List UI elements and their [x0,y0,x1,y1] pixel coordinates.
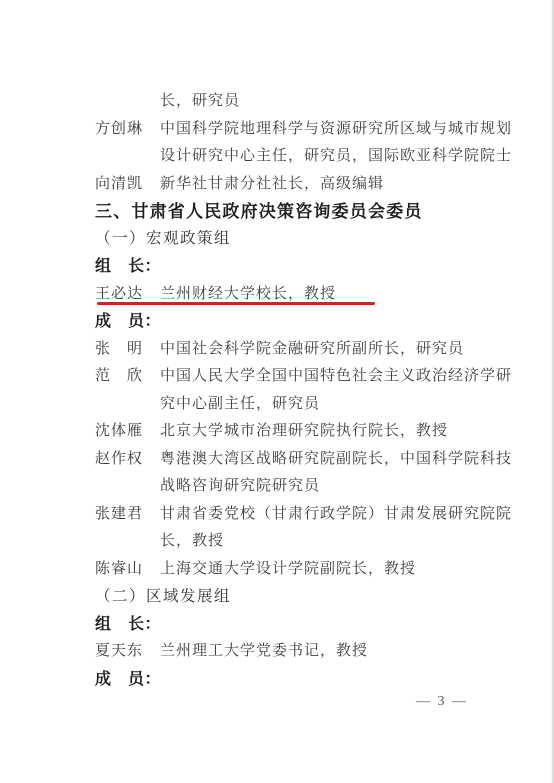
member-entry-continuation: 战略咨询研究院研究员 [95,471,515,499]
leader-label: 组 长： [95,251,515,279]
group-title-1: （一）宏观政策组 [95,224,515,252]
member-desc: 究中心副主任，研究员 [160,392,320,413]
member-name: 赵作权 [95,447,160,468]
member-entry: 方创琳 中国科学院地理科学与资源研究所区域与城市规划 [95,114,515,142]
member-name: 张建君 [95,502,160,523]
document-page: 长，研究员 方创琳 中国科学院地理科学与资源研究所区域与城市规划 设计研究中心主… [0,0,554,783]
member-entry: 张 明 中国社会科学院金融研究所副所长，研究员 [95,334,515,362]
member-desc: 北京大学城市治理研究院执行院长，教授 [160,419,448,440]
member-desc: 中国社会科学院金融研究所副所长，研究员 [160,337,464,358]
members-label: 成 员： [95,306,515,334]
member-entry: 陈睿山 上海交通大学设计学院副院长，教授 [95,554,515,582]
member-desc: 上海交通大学设计学院副院长，教授 [160,557,416,578]
member-desc: 长，教授 [160,529,224,550]
leader-label: 组 长： [95,609,515,637]
page-number: — 3 — [416,694,468,710]
member-entry-continuation: 设计研究中心主任，研究员，国际欧亚科学院院士 [95,141,515,169]
group-title-2: （二）区域发展组 [95,581,515,609]
member-entry-continuation: 究中心副主任，研究员 [95,389,515,417]
member-name: 张 明 [95,337,160,358]
leader-entry: 王必达 兰州财经大学校长，教授 [95,279,515,307]
member-entry: 沈体雁 北京大学城市治理研究院执行院长，教授 [95,416,515,444]
member-entry: 范 欣 中国人民大学全国中国特色社会主义政治经济学研 [95,361,515,389]
member-desc: 中国科学院地理科学与资源研究所区域与城市规划 [160,117,512,138]
member-desc: 新华社甘肃分社社长，高级编辑 [160,172,384,193]
member-desc: 粤港澳大湾区战略研究院副院长，中国科学院科技 [160,447,512,468]
document-content: 长，研究员 方创琳 中国科学院地理科学与资源研究所区域与城市规划 设计研究中心主… [95,86,515,691]
carryover-line: 长，研究员 [95,86,515,114]
member-entry: 向清凯 新华社甘肃分社社长，高级编辑 [95,169,515,197]
member-desc: 战略咨询研究院研究员 [160,474,320,495]
member-entry-continuation: 长，教授 [95,526,515,554]
member-desc: 设计研究中心主任，研究员，国际欧亚科学院院士 [160,144,512,165]
member-name: 向清凯 [95,172,160,193]
member-entry: 赵作权 粤港澳大湾区战略研究院副院长，中国科学院科技 [95,444,515,472]
member-name: 王必达 [95,282,160,303]
section-heading: 三、甘肃省人民政府决策咨询委员会委员 [95,196,515,224]
member-name: 方创琳 [95,117,160,138]
member-name: 陈睿山 [95,557,160,578]
member-name: 夏天东 [95,639,160,660]
red-underline-mark [97,302,375,305]
member-entry: 张建君 甘肃省委党校（甘肃行政学院）甘肃发展研究院院 [95,499,515,527]
member-desc: 甘肃省委党校（甘肃行政学院）甘肃发展研究院院 [160,502,512,523]
member-desc: 中国人民大学全国中国特色社会主义政治经济学研 [160,364,512,385]
member-desc: 长，研究员 [160,89,240,110]
member-name: 沈体雁 [95,419,160,440]
leader-entry: 夏天东 兰州理工大学党委书记，教授 [95,636,515,664]
member-desc: 兰州财经大学校长，教授 [160,282,336,303]
members-label: 成 员： [95,664,515,692]
member-name: 范 欣 [95,364,160,385]
member-desc: 兰州理工大学党委书记，教授 [160,639,368,660]
